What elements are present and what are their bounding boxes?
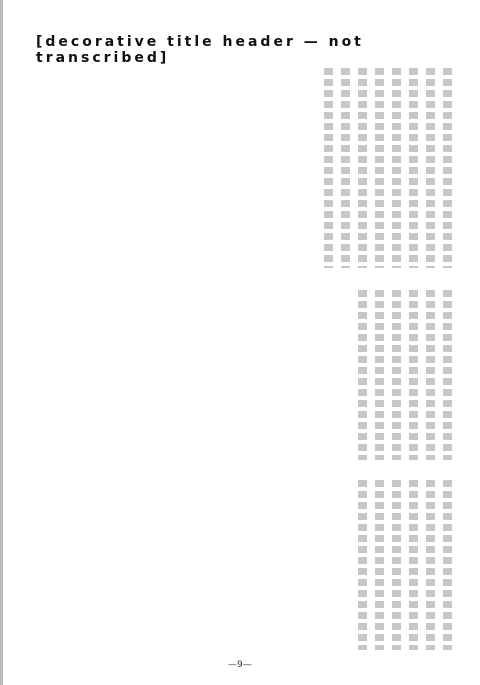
- page-number: —9—: [228, 660, 252, 670]
- text-column: [358, 290, 367, 460]
- text-block-bottom: [32, 480, 452, 650]
- text-column: [375, 68, 384, 268]
- text-block-top: [32, 68, 452, 268]
- text-column: [443, 480, 452, 650]
- text-column: [324, 68, 333, 268]
- text-column: [375, 290, 384, 460]
- text-column: [341, 68, 350, 268]
- text-column: [426, 68, 435, 268]
- text-block-middle: [32, 290, 452, 460]
- text-column: [358, 68, 367, 268]
- text-column: [392, 290, 401, 460]
- text-column: [358, 480, 367, 650]
- text-column: [426, 480, 435, 650]
- text-column: [409, 480, 418, 650]
- text-column: [392, 480, 401, 650]
- page-header: [decorative title header — not transcrib…: [36, 34, 396, 52]
- scan-edge: [0, 0, 3, 685]
- text-column: [392, 68, 401, 268]
- text-column: [375, 480, 384, 650]
- text-column: [409, 68, 418, 268]
- text-column: [443, 290, 452, 460]
- text-column: [426, 290, 435, 460]
- text-column: [443, 68, 452, 268]
- text-column: [409, 290, 418, 460]
